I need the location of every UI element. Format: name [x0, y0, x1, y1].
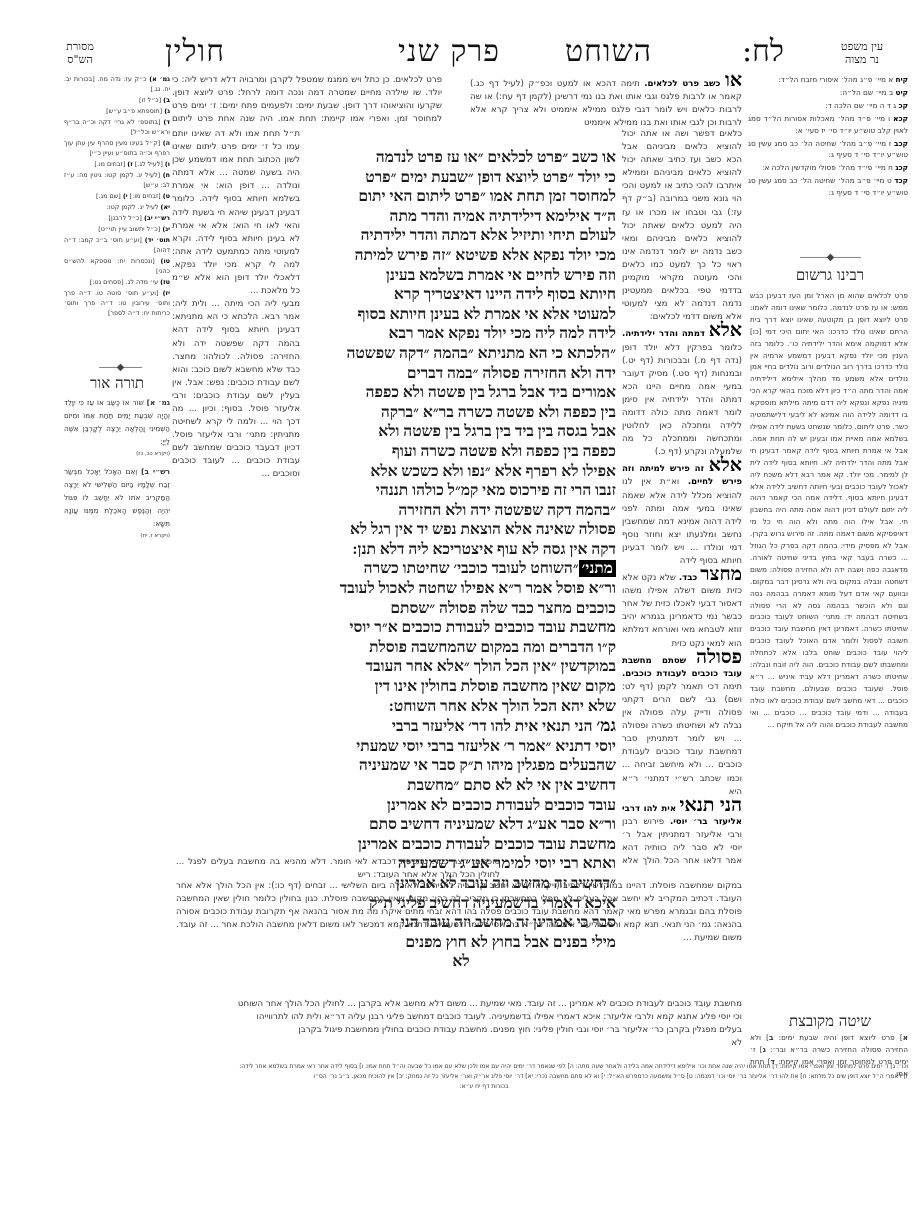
gemara-line: למעוטי אלא אי אמרת לא בעינן חיותא בסוף: [306, 305, 616, 325]
gemara-line: זנבו הרי זה פירכוס מאי קמ״ל כולהו תננהי: [306, 481, 616, 501]
tosafot-paragraph: אלא דמתה והדר ילידתיה. כלומר בפרקין דלא …: [622, 324, 742, 459]
gemara-line: דחשיב אין אי לא לא סתם ״מחשבת: [306, 776, 616, 796]
rabbenu-gershom-title: רבינו גרשום: [750, 266, 910, 285]
mishnah-line: כוכבים מחצר כבד שלה פסולה ״שסתם: [306, 599, 616, 619]
gemara-line: עובד כוכבים לעבודת כוכבים לא אמרינן: [306, 796, 616, 816]
mishnah-line: במוקדשין ״אין הכל הולך ״אלא אחר העובד: [306, 657, 616, 677]
masoret-label-line2: הש"ס: [40, 53, 120, 66]
torah-or-entry: גמ׳ א] שׁוֹר אוֹ כֶשֶׂב אוֹ עֵז כִּי יִו…: [64, 396, 170, 448]
gemara-line: יוסי דתניא ״אמר ר׳ אליעזר ברבי יוסי שמעת…: [306, 737, 616, 757]
torah-or-column: גמ׳ א] שׁוֹר אוֹ כֶשֶׂב אוֹ עֵז כִּי יִו…: [64, 396, 170, 543]
gemara-line: אפילו לא רפרף אלא ״נפו ולא כשכש אלא: [306, 462, 616, 482]
footer-note-line: בכורות דף יח ע״א:: [60, 1082, 908, 1092]
tosafot-paragraph: מחצר כבד. שלא נקט אלא כזית משום דשלה אפי…: [622, 568, 742, 651]
shita-mekubetzet-title: שיטה מקובצת: [750, 1012, 910, 1031]
ein-mishpat-label-line2: נר מצוה: [822, 53, 902, 66]
gemara-line: שהבעלים מפגלין מיהו ת״ק סבר אי שמעיניה: [306, 756, 616, 776]
chapter-name: השוחט: [565, 34, 652, 69]
masoret-entry: יא) לעיל יג. לקמן קטו:: [64, 202, 170, 212]
gemara-line: ור״א סבר אע״ג דלא שמעיניה דחשיב סתם: [306, 815, 616, 835]
perek-title: פרק שני: [398, 34, 500, 69]
masoret-entry: ו) [לעיל לג.] ז) [זבחים מו.]: [64, 159, 170, 169]
mishnah-marker: מתני׳: [579, 560, 616, 577]
mishnah-line: ק״ו הדברים ומה במקום שהמחשבה פוסלת: [306, 638, 616, 658]
masoret-entry: רש״י יב) [כ״ל לרבנן]: [64, 213, 170, 223]
gemara-line: מכי יולד נפקא אלא פשיטא ״זה פירש למיתה: [306, 246, 616, 266]
gemara-line: אמורים ביד אבל ברגל בין פשטה ולא כפפה: [306, 383, 616, 403]
shita-entry: א] פרט ליוצא דופן והיה שבעת ימים:: [779, 1033, 908, 1042]
ein-mishpat-entry: קכד ט מיי׳ פ״ב מהל׳ שחיטה הל׳ כב סמג עשי…: [748, 175, 908, 199]
tosafot-paragraph: אלא זה פירש למיתה וזה פירש לחיים. וא״ת א…: [622, 459, 742, 568]
rashi-column: ת״ל תחת אמו ולא דה שאינו יותם עמו כל ז׳ …: [172, 128, 300, 870]
commentary-line: מחשבת עובד כוכבים לעבודת כוכבים לא אמרינ…: [176, 998, 742, 1011]
gemara-line: מחשבת עובד כוכבים לעבודת כוכבים אמרינן: [306, 835, 616, 855]
masoret-label-line1: מסורת: [40, 40, 120, 53]
ein-mishpat-entry: קכ ג ד ה מיי׳ שם הלכה ד:: [748, 100, 908, 112]
masoret-hashas-column: גמ׳ א) כ״ק עז: נדה מח. [בכורות יב. יח. נ…: [64, 74, 170, 319]
gemara-line: חיותא בסוף לידה היינו דאיצטריך קרא: [306, 285, 616, 305]
gemara-marker: גמ׳: [596, 716, 616, 735]
mishnah-line: מחשבת עובד כוכבים לעבודת כוכבים א״ר יוסי: [306, 618, 616, 638]
ein-mishpat-entry: קכב ז מיי׳ פ״ב מהל׳ שחיטה הל׳ כב סמג עשי…: [748, 138, 908, 162]
tractate-title: חולין: [165, 34, 225, 69]
rabbenu-gershom-text: פרט לכלאים שהוא מן הארל ומן העז דבעינן כ…: [750, 290, 908, 1005]
tosafot-top: או כשב פרט לכלאים. תימה דהכא או למעט וכפ…: [470, 74, 742, 130]
gemara-line: לידה למה ליה מכי יולד נפקא אמר רבא: [306, 324, 616, 344]
ein-mishpat-header-label: עין משפט נר מצוה: [822, 40, 902, 66]
tosafot-dibbur-hamatchil: כשב פרט לכלאים.: [644, 79, 720, 89]
mishnah-line: מקום שאין מחשבה פוסלת בחולין אינו דין: [306, 677, 616, 697]
masoret-entry: ג) [תוספתא פ״ב ע״ש]: [64, 106, 170, 116]
rashi-top: פרט לכלאים. כן כתל ויש ממגמ שמטפל לקרבן …: [172, 74, 442, 126]
gemara-line: ״הלכתא כי הא מתניתא ״בהמה ״דקה שפשטה: [306, 344, 616, 364]
daf-number: לח:: [742, 34, 784, 69]
gemara-line: לעולם תיחי ותיזיל אלא דמתה והדר ילידתיה: [306, 226, 616, 246]
gemara-line: ה״ד אילימא דילידתיה אמיה והדר מתה: [306, 207, 616, 227]
bottom-commentary-lines: מחשבת עובד כוכבים לעבודת כוכבים לא אמרינ…: [176, 998, 742, 1050]
gemara-line: וזה פירש לחיים אי אמרת בשלמא בעינן: [306, 266, 616, 286]
rashi-text: ת״ל תחת אמו ולא דה שאינו יותם עמו כל ז׳ …: [172, 128, 300, 298]
ein-mishpat-entry: קיח א מיי׳ פ״ג מהל׳ איסורי מזבח הל״ד:: [748, 74, 908, 86]
gemara-line: ידה ולא החזירה פסולה ״במה דברים: [306, 364, 616, 384]
mishnah-line: ור״א פוסל אמר ר״א אפילו שחטה לאכול לעובד: [306, 579, 616, 599]
footer-note-line: ז] דאמרי ה״ל יוצא דופן שים כל מלתא: ח] א…: [60, 1072, 908, 1082]
commentary-line: לא: [176, 1037, 742, 1050]
masoret-entry: ח) [לעיל יג. לקמן קטו: גיטין מה: ע״ז לב:…: [64, 170, 170, 190]
ein-mishpat-label-line1: עין משפט: [822, 40, 902, 53]
masoret-entry: טז) עי׳ מדה לג. [פסחים נט:]: [64, 277, 170, 287]
gemara-line: למחוסר זמן תחת אמו ״פרט ליתום האי יתום: [306, 187, 616, 207]
ein-mishpat-entry: קכא ו מיי׳ פ״ד מהל׳ מאכלות אסורות הל״ד ס…: [748, 113, 908, 137]
masoret-entry: ב) [כ״ל זו]: [64, 95, 170, 105]
ein-mishpat-entry: קכג ח מיי׳ פי״ד מהל׳ פסולי מוקדשין הלכה …: [748, 162, 908, 174]
commentary-line: וכי יוסי פליג אתנא קמא ולרבי אליעזר: איכ…: [176, 1011, 742, 1024]
tosafot-paragraph: פסולה שסתם מחשבת עובד כוכבים לעבודת כוכב…: [622, 651, 742, 799]
tosafot-continuation: במקום שמחשבה פוסלת. דהיינו במוקדשין דכתי…: [176, 880, 742, 998]
gemara-line: ״בהמה דקה שפשטה ידה ולא החזירה: [306, 501, 616, 521]
commentary-line: בעלים מפגלין בקרבן כר׳ אליעזר בר׳ יוסי ו…: [176, 1024, 742, 1037]
masoret-entry: טו) [ונכסרות יח: מספקא להש״ס כהני]: [64, 256, 170, 276]
torah-or-ref: (ויקרא ז, יח): [64, 530, 170, 543]
gemara-line: כפפה בין כפפה ולא פשטה כשרה ועוף: [306, 442, 616, 462]
masoret-header-label: מסורת הש"ס: [40, 40, 120, 66]
gemara-line: דקה אין גסה לא עוף איצטריכא ליה דלא תנן:: [306, 540, 616, 560]
ein-mishpat-column: קיח א מיי׳ פ״ג מהל׳ איסורי מזבח הל״ד: קי…: [748, 74, 908, 200]
mishnah-line: שלא יהא הכל הולך אלא אחר השוחט:: [306, 697, 616, 717]
torah-or-entry: רש״י ב] וְאִם הֵאָכֹל יֵאָכֵל מִבְּשַׂר …: [64, 465, 170, 530]
ornament-divider: ———◆———: [770, 252, 890, 263]
mishnah-first-line: מתני׳״השוחט לעובד כוכבי׳ שחיטתו כשרה: [306, 559, 616, 579]
masoret-entry: גמ׳ א) כ״ק עז: נדה מח. [בכורות יב. יח. נ…: [64, 74, 170, 94]
footer-note-line: וכו׳: ג] ז׳ ימים פרט למחוסר זמן ואפרי אמ…: [60, 1062, 908, 1072]
gemara-line: פסולה שאינה אלא הוצאת נפש יד אין רגל לא: [306, 520, 616, 540]
gemara-line: כי יולד ״פרט ליוצא דופן ״שבעת ימים ״פרט: [306, 168, 616, 188]
gemara-block: או כשב ״פרט לכלאים ״או עז פרט לנדמה כי י…: [306, 148, 616, 972]
tosafot-text: כלאים דפשר ושה או אתה יכול להוציא כלאים …: [622, 128, 742, 324]
rashi-text: מבעי ליה הכי מיתה ... ולית ליה: אמר רבא.…: [172, 298, 300, 481]
tosafot-opening-word: או: [725, 70, 742, 91]
gemara-line: או כשב ״פרט לכלאים ״או עז פרט לנדמה: [306, 148, 616, 168]
masoret-entry: תוס׳ יד) [וע״ע תוס׳ ב״כ קמב: ד״ה דהוה]: [64, 235, 170, 255]
gemara-line: בין כפפה ולא פשטה כשרה בר״א ״ברקה: [306, 403, 616, 423]
gemara-first-line: גמ׳ הני תנאי אית להו דר׳ אליעזר ברבי: [306, 716, 616, 737]
tosafot-continuation-top: [508, 856, 742, 880]
gemara-line: אבל בגסה בין ביד בין ברגל בין פשטה ולא: [306, 422, 616, 442]
masoret-entry: ד) [בתוספ׳ לא גרי׳ דקה וכ״ה בר״ף ורא״ש ו…: [64, 117, 170, 137]
masoret-entry: ה) [ק״ל בעינו מעין סהרף עין עחן עוך רפרף…: [64, 138, 170, 158]
masoret-entry: יז) [וע״ע תוס׳ סוטה טו. ד״ה פרך ותוס׳ עי…: [64, 288, 170, 318]
ornament-divider: ——◆——: [70, 362, 170, 373]
tosafot-column: כלאים דפשר ושה או אתה יכול להוציא כלאים …: [622, 128, 742, 870]
masoret-entry: ט) [זבחים מו:] י) [שם מג.]: [64, 191, 170, 201]
masoret-entry: יג) [כ״ל יתשוב עיין תוי״ט]: [64, 224, 170, 234]
footer-notes: וכו׳: ג] ז׳ ימים פרט למחוסר זמן ואפרי אמ…: [60, 1062, 908, 1092]
ein-mishpat-entry: קיט ב מיי׳ שם הל״ה:: [748, 87, 908, 99]
torah-or-title: תורה אור: [64, 374, 170, 393]
torah-or-ref: (ויקרא כב, כז): [64, 448, 170, 461]
